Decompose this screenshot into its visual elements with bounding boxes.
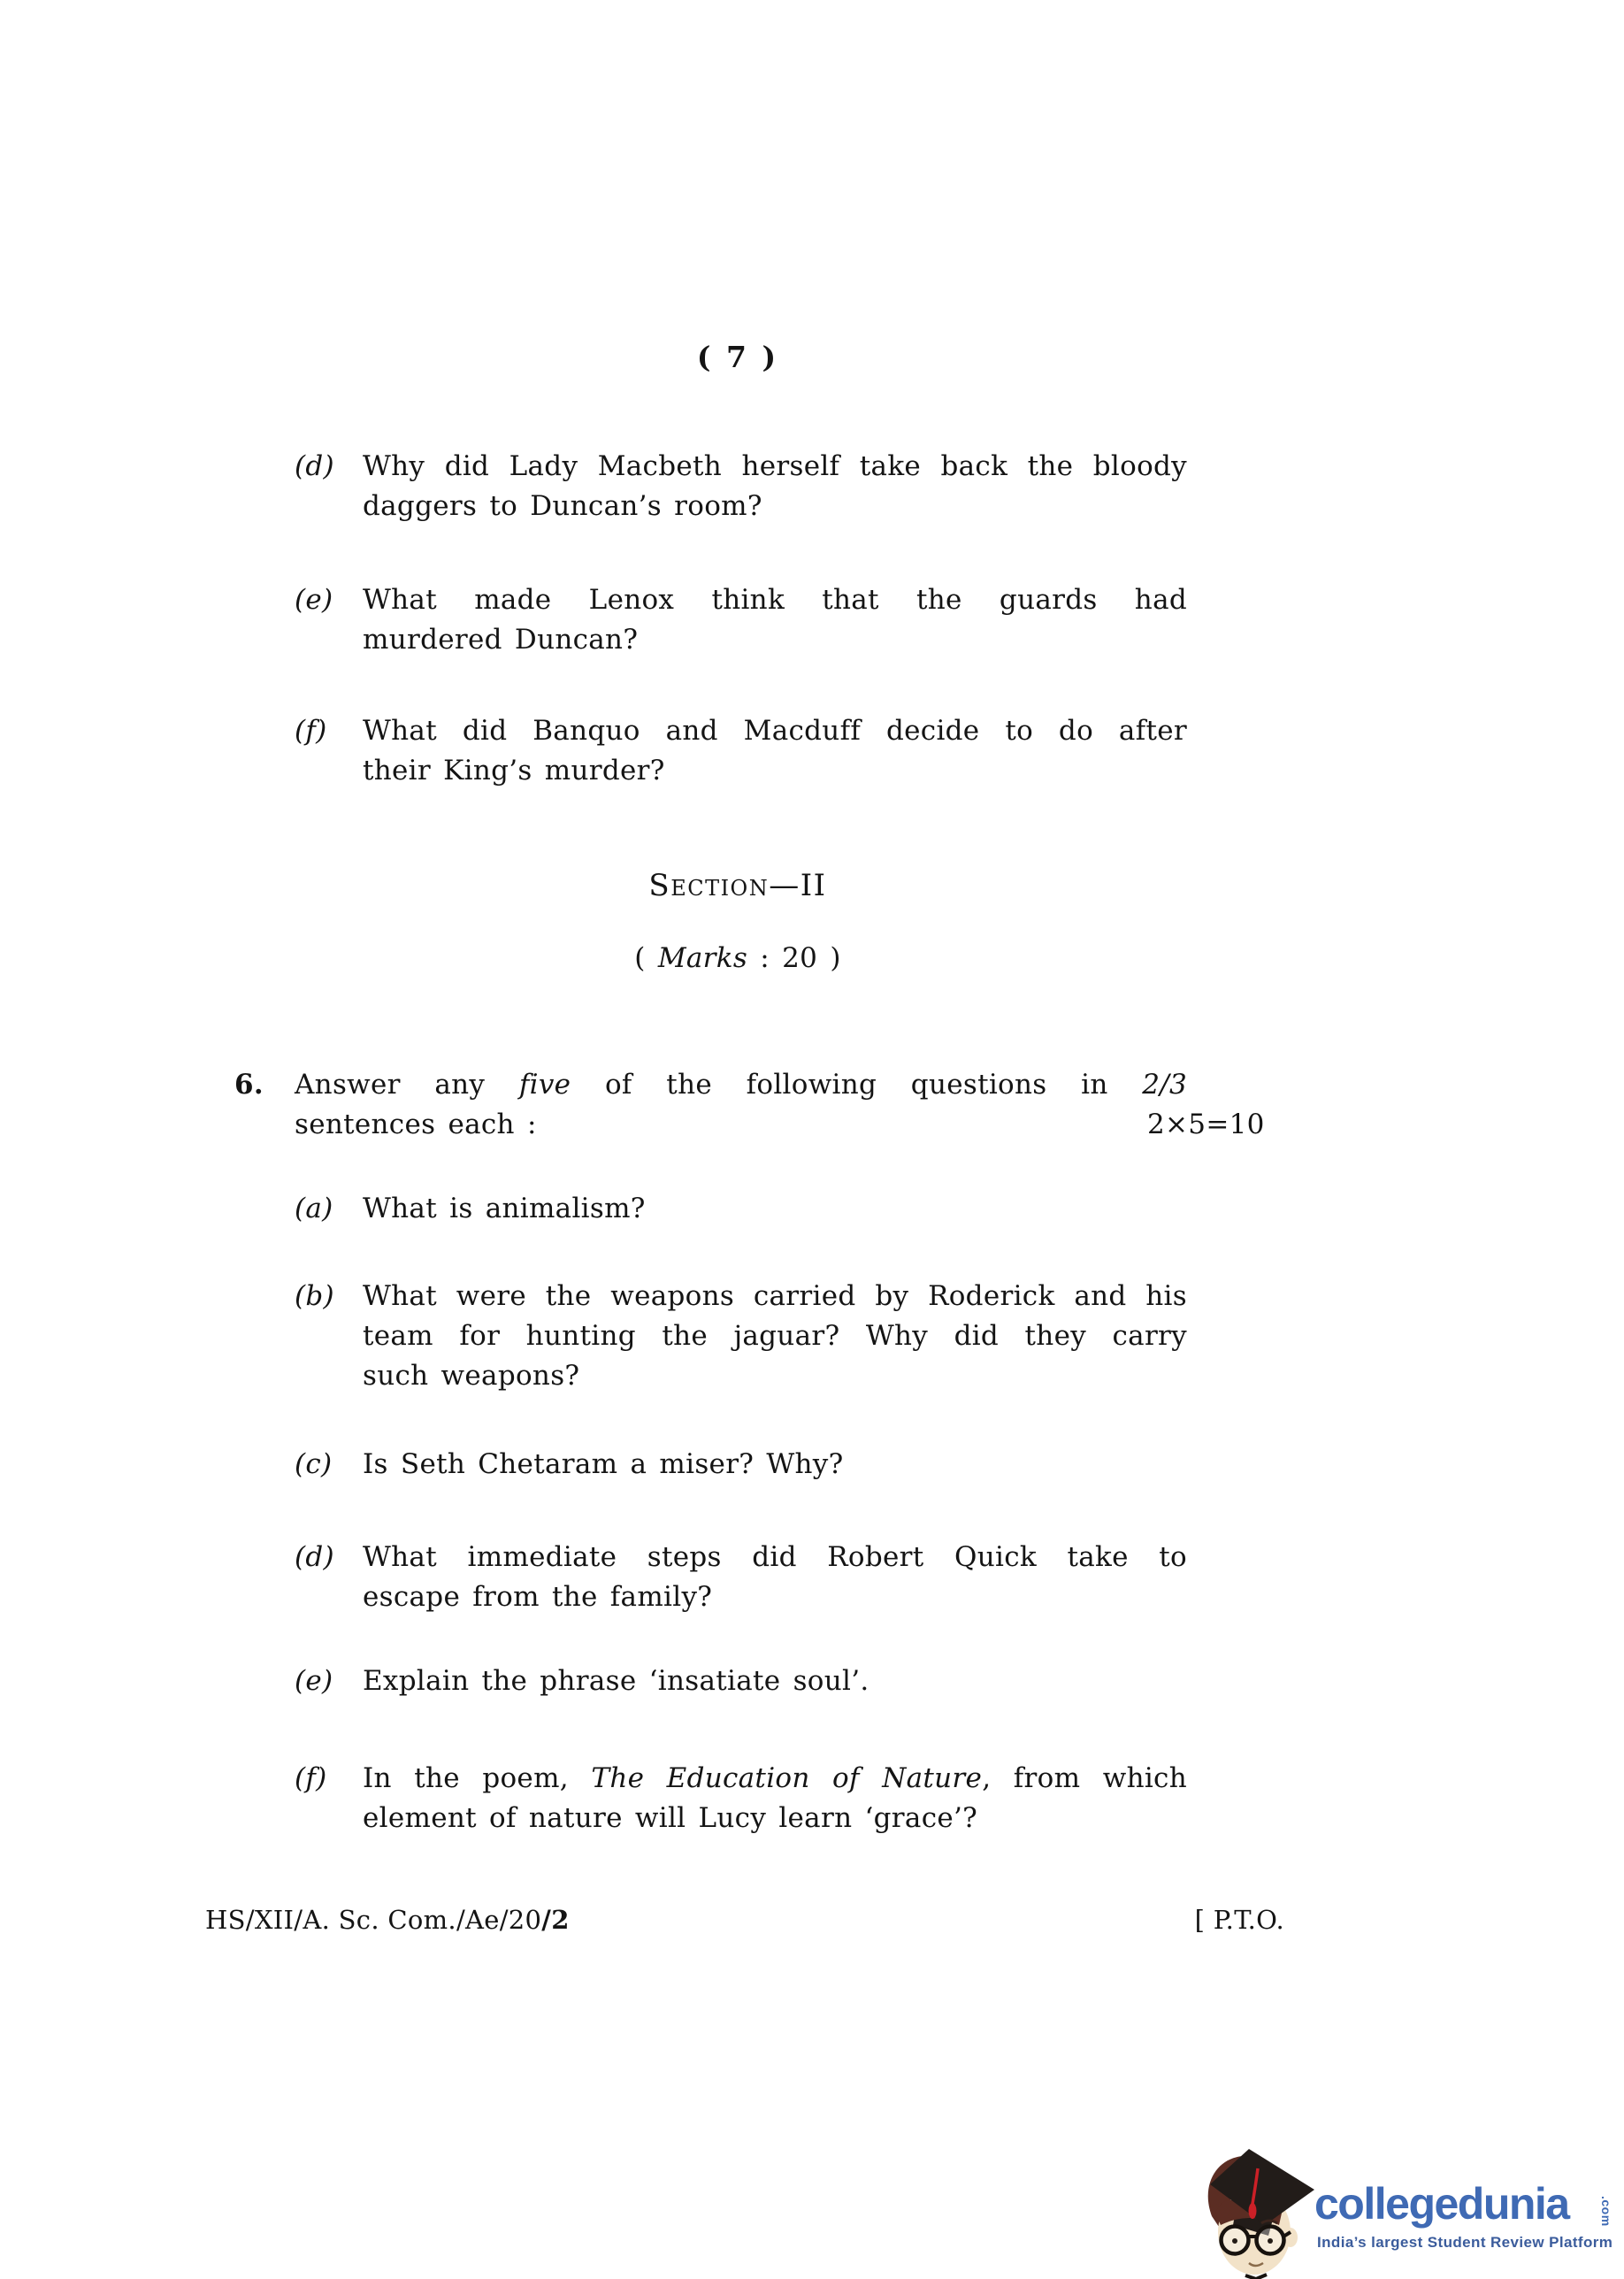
question-line: What made Lenox think that the guards ha… [363,580,1187,620]
question-line: such weapons? [363,1356,1187,1396]
question-line: Is Seth Chetaram a miser? Why? [363,1445,1187,1485]
exam-paper-page: ( 7 ) (d) Why did Lady Macbeth herself t… [0,0,1624,2279]
question-line: sentences each : [295,1105,1187,1145]
question-line: team for hunting the jaguar? Why did the… [363,1316,1187,1356]
question-line: escape from the family? [363,1577,1187,1617]
question-line: Answer any five of the following questio… [295,1065,1187,1105]
collegedunia-mascot-icon [1203,2147,1316,2279]
logo-brand-text: collegedunia [1314,2180,1569,2228]
question-text-d: Why did Lady Macbeth herself take back t… [363,447,1187,526]
question-line: What were the weapons carried by Roderic… [363,1277,1187,1316]
question-line: element of nature will Lucy learn ‘grace… [363,1799,1187,1838]
subquestion-text-b: What were the weapons carried by Roderic… [363,1277,1187,1396]
intro-mid: of the following questions in [571,1069,1142,1101]
subquestion-label-e: (e) [295,1661,333,1701]
question-label-e: (e) [295,580,333,620]
section-heading: Section—II [648,866,826,906]
subquestion-label-c: (c) [295,1445,332,1485]
footer-pto: [ P.T.O. [1195,1900,1284,1940]
question-line: What did Banquo and Macduff decide to do… [363,711,1187,751]
subquestion-text-a: What is animalism? [363,1189,1187,1229]
subquestion-label-a: (a) [295,1189,333,1229]
intro-pre: Answer any [295,1069,519,1101]
logo-domain-text: .com [1599,2196,1613,2227]
question-line: their King’s murder? [363,751,1187,791]
subquestion-label-b: (b) [295,1277,334,1316]
footer-code-bold: /2 [541,1905,569,1935]
marks-open: ( [634,942,658,974]
marks-close: : 20 ) [747,942,841,974]
intro-em-five: five [519,1069,571,1101]
question-6-text: Answer any five of the following questio… [295,1065,1187,1145]
question-label-f: (f) [295,711,327,751]
question-line: murdered Duncan? [363,620,1187,660]
intro-em-fraction: 2/3 [1142,1069,1187,1101]
section-marks: ( Marks : 20 ) [634,939,840,978]
footer-code-regular: HS/XII/A. Sc. Com./Ae/20 [205,1905,541,1935]
f-pre: In the poem, [363,1762,591,1794]
page-number: ( 7 ) [697,337,778,377]
question-line: What immediate steps did Robert Quick ta… [363,1538,1187,1577]
subquestion-text-d: What immediate steps did Robert Quick ta… [363,1538,1187,1617]
question-text-e: What made Lenox think that the guards ha… [363,580,1187,660]
subquestion-label-f: (f) [295,1759,327,1799]
subquestion-text-e: Explain the phrase ‘insatiate soul’. [363,1661,1187,1701]
subquestion-text-f: In the poem, The Education of Nature, fr… [363,1759,1187,1838]
f-post: , from which [982,1762,1187,1794]
subquestion-text-c: Is Seth Chetaram a miser? Why? [363,1445,1187,1485]
f-poem-title: The Education of Nature [591,1762,982,1794]
question-label-d: (d) [295,447,334,487]
question-line: Explain the phrase ‘insatiate soul’. [363,1661,1187,1701]
question-text-f: What did Banquo and Macduff decide to do… [363,711,1187,791]
footer-paper-code: HS/XII/A. Sc. Com./Ae/20/2 [205,1900,570,1940]
question-6-marks: 2×5=10 [1147,1105,1265,1145]
subquestion-label-d: (d) [295,1538,334,1577]
question-line: What is animalism? [363,1189,1187,1229]
question-6-number: 6. [234,1065,264,1105]
marks-word: Marks [658,942,747,974]
question-line: In the poem, The Education of Nature, fr… [363,1759,1187,1799]
question-line: daggers to Duncan’s room? [363,487,1187,526]
logo-tagline: India’s largest Student Review Platform [1317,2234,1613,2252]
question-line: Why did Lady Macbeth herself take back t… [363,447,1187,487]
